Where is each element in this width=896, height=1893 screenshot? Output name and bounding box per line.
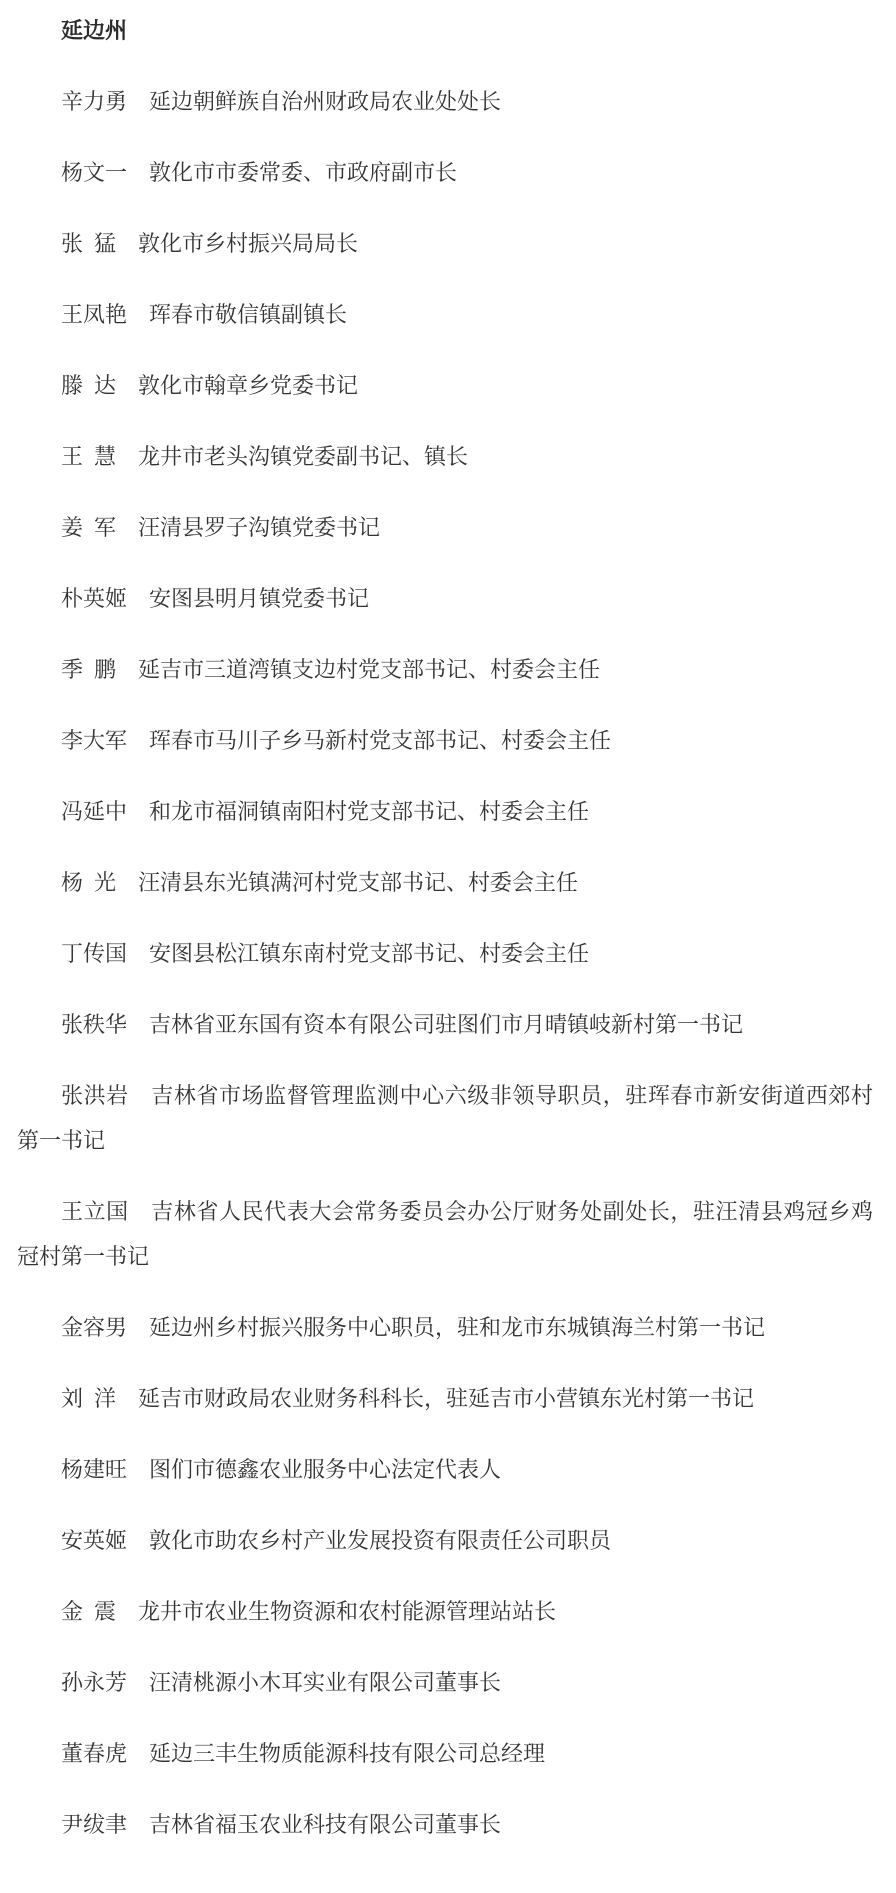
person-row: 董春虎 延边三丰生物质能源科技有限公司总经理: [17, 1731, 873, 1776]
person-name: 尹绂聿: [61, 1812, 127, 1837]
person-title: 图们市德鑫农业服务中心法定代表人: [149, 1457, 501, 1482]
person-title: 和龙市福洞镇南阳村党支部书记、村委会主任: [149, 799, 589, 824]
person-title: 珲春市马川子乡马新村党支部书记、村委会主任: [149, 728, 611, 753]
person-title: 延吉市三道湾镇支边村党支部书记、村委会主任: [138, 657, 600, 682]
person-name: 姜 军: [61, 515, 116, 540]
person-row: 王立国 吉林省人民代表大会常务委员会办公厅财务处副处长，驻汪清县鸡冠乡鸡冠村第一…: [17, 1189, 873, 1279]
person-row: 金 震 龙井市农业生物资源和农村能源管理站站长: [17, 1589, 873, 1634]
person-name: 朴英姬: [61, 586, 127, 611]
person-name: 辛力勇: [61, 89, 127, 114]
person-name: 冯延中: [61, 799, 127, 824]
person-row: 杨 光 汪清县东光镇满河村党支部书记、村委会主任: [17, 860, 873, 905]
person-row: 王 慧 龙井市老头沟镇党委副书记、镇长: [17, 434, 873, 479]
person-title: 汪清县罗子沟镇党委书记: [138, 515, 380, 540]
person-title: 敦化市翰章乡党委书记: [138, 373, 358, 398]
person-name: 孙永芳: [61, 1670, 127, 1695]
person-name: 丁传国: [61, 941, 127, 966]
person-name: 王 慧: [61, 444, 116, 469]
person-name: 王凤艳: [61, 302, 127, 327]
person-row: 李大军 珲春市马川子乡马新村党支部书记、村委会主任: [17, 718, 873, 763]
person-title: 龙井市老头沟镇党委副书记、镇长: [138, 444, 468, 469]
person-title: 敦化市乡村振兴局局长: [138, 231, 358, 256]
person-name: 金 震: [61, 1599, 116, 1624]
person-title: 延吉市财政局农业财务科科长，驻延吉市小营镇东光村第一书记: [138, 1386, 754, 1411]
person-row: 安英姬 敦化市助农乡村产业发展投资有限责任公司职员: [17, 1518, 873, 1563]
person-title: 吉林省福玉农业科技有限公司董事长: [149, 1812, 501, 1837]
person-name: 李大军: [61, 728, 127, 753]
person-title: 汪清桃源小木耳实业有限公司董事长: [149, 1670, 501, 1695]
person-name: 杨文一: [61, 160, 127, 185]
person-title: 珲春市敬信镇副镇长: [149, 302, 347, 327]
person-name: 安英姬: [61, 1528, 127, 1553]
person-title: 吉林省市场监督管理监测中心六级非领导职员，驻珲春市新安街道西郊村第一书记: [17, 1083, 873, 1153]
person-title: 延边朝鲜族自治州财政局农业处处长: [149, 89, 501, 114]
person-name: 金容男: [61, 1315, 127, 1340]
section-heading: 延边州: [17, 8, 873, 53]
person-name: 张洪岩: [61, 1083, 129, 1108]
person-row: 孙永芳 汪清桃源小木耳实业有限公司董事长: [17, 1660, 873, 1705]
people-list: 辛力勇 延边朝鲜族自治州财政局农业处处长杨文一 敦化市市委常委、市政府副市长张 …: [17, 79, 873, 1847]
person-name: 张 猛: [61, 231, 116, 256]
person-row: 刘 洋 延吉市财政局农业财务科科长，驻延吉市小营镇东光村第一书记: [17, 1376, 873, 1421]
person-name: 刘 洋: [61, 1386, 116, 1411]
article: 延边州 辛力勇 延边朝鲜族自治州财政局农业处处长杨文一 敦化市市委常委、市政府副…: [0, 0, 896, 1893]
person-row: 尹绂聿 吉林省福玉农业科技有限公司董事长: [17, 1802, 873, 1847]
person-title: 吉林省人民代表大会常务委员会办公厅财务处副处长，驻汪清县鸡冠乡鸡冠村第一书记: [17, 1199, 873, 1269]
person-row: 季 鹏 延吉市三道湾镇支边村党支部书记、村委会主任: [17, 647, 873, 692]
person-title: 敦化市助农乡村产业发展投资有限责任公司职员: [149, 1528, 611, 1553]
person-row: 金容男 延边州乡村振兴服务中心职员，驻和龙市东城镇海兰村第一书记: [17, 1305, 873, 1350]
person-title: 安图县明月镇党委书记: [149, 586, 369, 611]
person-row: 杨建旺 图们市德鑫农业服务中心法定代表人: [17, 1447, 873, 1492]
person-title: 安图县松江镇东南村党支部书记、村委会主任: [149, 941, 589, 966]
person-name: 杨建旺: [61, 1457, 127, 1482]
person-row: 朴英姬 安图县明月镇党委书记: [17, 576, 873, 621]
person-title: 延边三丰生物质能源科技有限公司总经理: [149, 1741, 545, 1766]
person-row: 杨文一 敦化市市委常委、市政府副市长: [17, 150, 873, 195]
person-title: 吉林省亚东国有资本有限公司驻图们市月晴镇岐新村第一书记: [149, 1012, 743, 1037]
person-name: 张秩华: [61, 1012, 127, 1037]
person-name: 王立国: [61, 1199, 129, 1224]
person-row: 辛力勇 延边朝鲜族自治州财政局农业处处长: [17, 79, 873, 124]
person-row: 王凤艳 珲春市敬信镇副镇长: [17, 292, 873, 337]
person-title: 延边州乡村振兴服务中心职员，驻和龙市东城镇海兰村第一书记: [149, 1315, 765, 1340]
person-name: 滕 达: [61, 373, 116, 398]
person-row: 冯延中 和龙市福洞镇南阳村党支部书记、村委会主任: [17, 789, 873, 834]
person-name: 董春虎: [61, 1741, 127, 1766]
person-row: 姜 军 汪清县罗子沟镇党委书记: [17, 505, 873, 550]
person-name: 杨 光: [61, 870, 116, 895]
person-name: 季 鹏: [61, 657, 116, 682]
person-title: 汪清县东光镇满河村党支部书记、村委会主任: [138, 870, 578, 895]
person-row: 滕 达 敦化市翰章乡党委书记: [17, 363, 873, 408]
person-title: 敦化市市委常委、市政府副市长: [149, 160, 457, 185]
person-row: 张 猛 敦化市乡村振兴局局长: [17, 221, 873, 266]
person-row: 张洪岩 吉林省市场监督管理监测中心六级非领导职员，驻珲春市新安街道西郊村第一书记: [17, 1073, 873, 1163]
person-row: 张秩华 吉林省亚东国有资本有限公司驻图们市月晴镇岐新村第一书记: [17, 1002, 873, 1047]
person-row: 丁传国 安图县松江镇东南村党支部书记、村委会主任: [17, 931, 873, 976]
person-title: 龙井市农业生物资源和农村能源管理站站长: [138, 1599, 556, 1624]
